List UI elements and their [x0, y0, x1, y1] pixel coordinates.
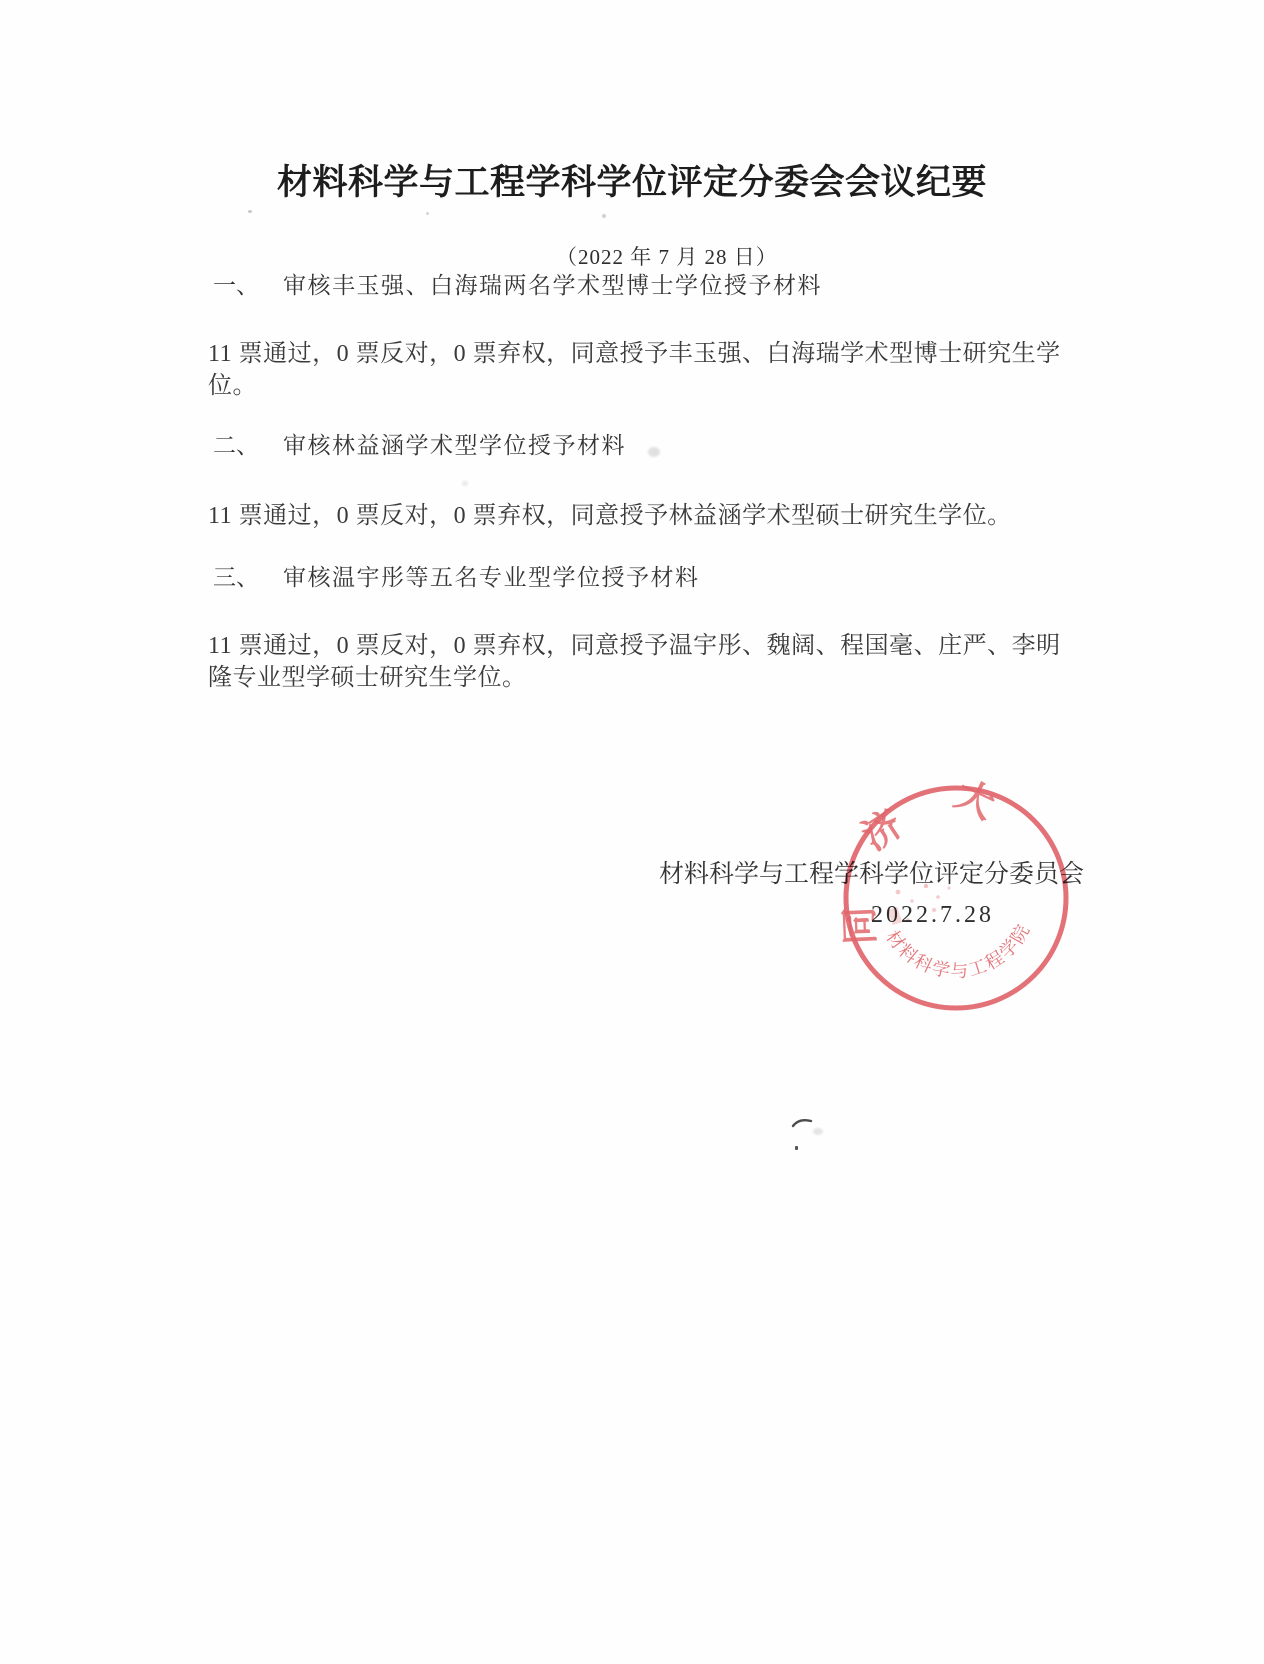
- agenda-item-3-heading: 审核温宇彤等五名专业型学位授予材料: [283, 565, 700, 590]
- agenda-item-1: 一、审核丰玉强、白海瑞两名学术型博士学位授予材料: [213, 271, 822, 301]
- svg-text:材料科学与工程学院: 材料科学与工程学院: [882, 920, 1034, 982]
- agenda-item-1-result-line-1: 11 票通过，0 票反对，0 票弃权，同意授予丰玉强、白海瑞学术型博士研究生学: [208, 339, 1061, 369]
- scanned-document-page: 材料科学与工程学科学位评定分委会会议纪要 （2022 年 7 月 28 日） 一…: [0, 0, 1264, 1664]
- official-seal-stamp: 同济大学 材料科学与工程学院: [838, 780, 1074, 1016]
- agenda-item-2: 二、审核林益涵学术型学位授予材料: [213, 431, 626, 461]
- document-title: 材料科学与工程学科学位评定分委会会议纪要: [0, 161, 1264, 205]
- agenda-item-1-result-line-2: 位。: [208, 371, 257, 401]
- meeting-date: （2022 年 7 月 28 日）: [556, 241, 778, 271]
- agenda-item-2-result-line-1: 11 票通过，0 票反对，0 票弃权，同意授予林益涵学术型硕士研究生学位。: [208, 501, 1012, 531]
- seal-faded-ink: [888, 884, 951, 925]
- scan-speck: [795, 1146, 798, 1150]
- scan-speck: [248, 210, 252, 213]
- agenda-item-2-heading: 审核林益涵学术型学位授予材料: [283, 433, 626, 458]
- scan-speck: [426, 212, 429, 215]
- agenda-item-3-result-line-1: 11 票通过，0 票反对，0 票弃权，同意授予温宇彤、魏阔、程国毫、庄严、李明: [208, 631, 1061, 661]
- seal-university-text: 同济大学: [838, 780, 1044, 945]
- agenda-item-3-number: 三、: [213, 563, 283, 593]
- svg-text:同济大学: 同济大学: [838, 780, 1044, 945]
- scan-speck: [602, 214, 606, 218]
- agenda-item-1-number: 一、: [213, 271, 283, 301]
- agenda-item-2-number: 二、: [213, 431, 283, 461]
- scan-smudge: [648, 447, 660, 457]
- scan-scratch-mark: [791, 1116, 815, 1132]
- agenda-item-3-result-line-2: 隆专业型学硕士研究生学位。: [208, 663, 527, 693]
- scan-smudge: [462, 481, 468, 486]
- agenda-item-1-heading: 审核丰玉强、白海瑞两名学术型博士学位授予材料: [283, 273, 822, 298]
- agenda-item-3: 三、审核温宇彤等五名专业型学位授予材料: [213, 563, 700, 593]
- seal-college-text: 材料科学与工程学院: [882, 920, 1034, 982]
